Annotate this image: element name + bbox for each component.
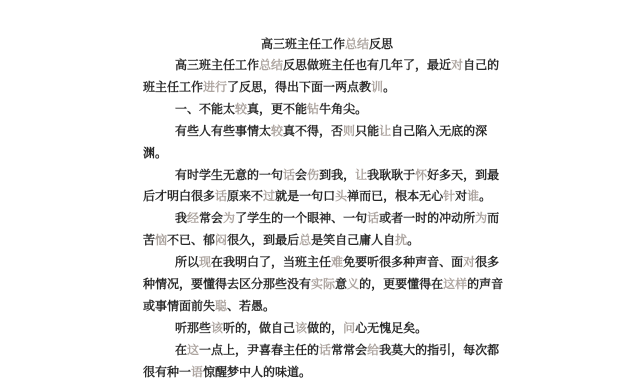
low-confidence-text: 闷: [215, 233, 227, 247]
low-confidence-text: 过: [263, 189, 275, 203]
text-run: 高三班主任工作: [261, 37, 345, 51]
text-run: 意: [335, 277, 347, 291]
text-run: 在我明白了，当班主任: [211, 255, 331, 269]
low-confidence-text: 较: [235, 102, 247, 116]
low-confidence-text: 头: [335, 189, 347, 203]
low-confidence-text: 问: [343, 321, 355, 335]
low-confidence-text: 对: [451, 58, 463, 72]
text-run: 我: [175, 211, 187, 225]
document-body: 高三班主任工作总结反思做班主任也有几年了，最近对自己的班主任工作进行了反思，得出…: [143, 55, 511, 357]
text-run: 的，更要懂得在: [359, 277, 443, 291]
text-run: 常常会: [331, 343, 367, 357]
paragraph-intro: 高三班主任工作总结反思做班主任也有几年了，最近对自己的班主任工作进行了反思，得出…: [143, 55, 511, 99]
low-confidence-text: 进行: [203, 80, 227, 94]
low-confidence-text: 伤: [307, 168, 319, 182]
text-run: 对: [455, 189, 467, 203]
paragraph-section-heading: 一、不能太较真，更不能钻牛角尖。: [143, 99, 511, 121]
low-confidence-text: 这样: [443, 277, 467, 291]
low-confidence-text: 扰: [395, 233, 407, 247]
low-confidence-text: 训: [371, 80, 383, 94]
text-run: 一点上，尹喜春主任的: [199, 343, 319, 357]
text-run: 反思做班主任也有几年了，最近: [283, 58, 451, 72]
low-confidence-text: 怀: [415, 168, 427, 182]
text-run: 原来不: [227, 189, 263, 203]
low-confidence-text: 总: [299, 233, 311, 247]
text-run: 是笑自己庸人自: [311, 233, 395, 247]
low-confidence-text: 难: [331, 255, 343, 269]
text-run: 不已、郁: [167, 233, 215, 247]
low-confidence-text: 总结: [259, 58, 283, 72]
paragraph: 听那些该听的，做自己该做的，问心无愧足矣。: [143, 318, 511, 340]
text-run: 了反思，得出下面一两点教: [227, 80, 371, 94]
low-confidence-text: 实际: [311, 277, 335, 291]
low-confidence-text: 谁: [467, 189, 479, 203]
text-run: 会: [295, 168, 307, 182]
low-confidence-text: 针: [443, 189, 455, 203]
text-run: 牛角尖。: [319, 102, 367, 116]
text-run: 免要听很多种声音、面: [343, 255, 463, 269]
text-run: 反思: [369, 37, 393, 51]
text-run: 。: [383, 80, 395, 94]
text-run: 禅而已，根本无心: [347, 189, 443, 203]
text-run: 我耿耿于: [367, 168, 415, 182]
low-confidence-text: 对: [463, 255, 475, 269]
paragraph: 我经常会为了学生的一个眼神、一句话或者一时的冲动所为而苦恼不已、郁闷很久，到最后…: [143, 208, 511, 252]
text-run: 有时学生无意的一句: [175, 168, 283, 182]
text-run: 到我，: [319, 168, 355, 182]
low-confidence-text: 话: [283, 168, 295, 182]
low-confidence-text: 钻: [307, 102, 319, 116]
text-run: 做的，: [307, 321, 343, 335]
low-confidence-text: 义: [347, 277, 359, 291]
low-confidence-text: 让: [355, 168, 367, 182]
text-run: 有些人有些事情太: [175, 124, 271, 138]
low-confidence-text: 现: [199, 255, 211, 269]
text-run: 所以: [175, 255, 199, 269]
low-confidence-text: 这: [187, 343, 199, 357]
text-run: 在: [175, 343, 187, 357]
text-run: 了学生的一个眼神、一句: [235, 211, 367, 225]
low-confidence-text: 话: [367, 211, 379, 225]
low-confidence-text: 聪: [215, 299, 227, 313]
low-confidence-text: 给: [367, 343, 379, 357]
text-run: 高三班主任工作: [175, 58, 259, 72]
low-confidence-text: 话: [215, 189, 227, 203]
low-confidence-text: 为: [475, 211, 487, 225]
text-run: 就是一句口: [275, 189, 335, 203]
low-confidence-text: 让: [379, 124, 391, 138]
text-run: 。: [407, 233, 419, 247]
text-run: 只能: [355, 124, 379, 138]
document-title: 高三班主任工作总结反思: [143, 33, 511, 55]
low-confidence-text: 则: [343, 124, 355, 138]
low-confidence-text: 经: [187, 211, 199, 225]
text-run: 一、不能太: [175, 102, 235, 116]
text-run: 或者一时的冲动所: [379, 211, 475, 225]
text-run: 真不得，否: [283, 124, 343, 138]
text-run: 听那些: [175, 321, 211, 335]
low-confidence-text: 该: [295, 321, 307, 335]
text-run: 真，更不能: [247, 102, 307, 116]
low-confidence-text: 话: [319, 343, 331, 357]
low-confidence-text: 该: [211, 321, 223, 335]
text-run: 、若愚。: [227, 299, 275, 313]
text-run: 听的，做自己: [223, 321, 295, 335]
paragraph: 在这一点上，尹喜春主任的话常常会给我莫大的指引，每次都很有种一语惊醒梦中人的味道…: [143, 340, 511, 357]
paragraph: 有些人有些事情太较真不得，否则只能让自己陷入无底的深渊。: [143, 121, 511, 165]
paragraph: 有时学生无意的一句话会伤到我，让我耿耿于怀好多天，到最后才明白很多话原来不过就是…: [143, 165, 511, 209]
text-run: 常会: [199, 211, 223, 225]
text-run: 很久，到最后: [227, 233, 299, 247]
document-page: 高三班主任工作总结反思 高三班主任工作总结反思做班主任也有几年了，最近对自己的班…: [143, 0, 511, 357]
low-confidence-text: 总结: [345, 37, 369, 51]
low-confidence-text: 恼: [155, 233, 167, 247]
low-confidence-text: 较: [271, 124, 283, 138]
text-run: 。: [479, 189, 491, 203]
paragraph: 所以现在我明白了，当班主任难免要听很多种声音、面对很多种情况，要懂得去区分那些没…: [143, 252, 511, 318]
text-run: 心无愧足矣。: [355, 321, 427, 335]
low-confidence-text: 为: [223, 211, 235, 225]
